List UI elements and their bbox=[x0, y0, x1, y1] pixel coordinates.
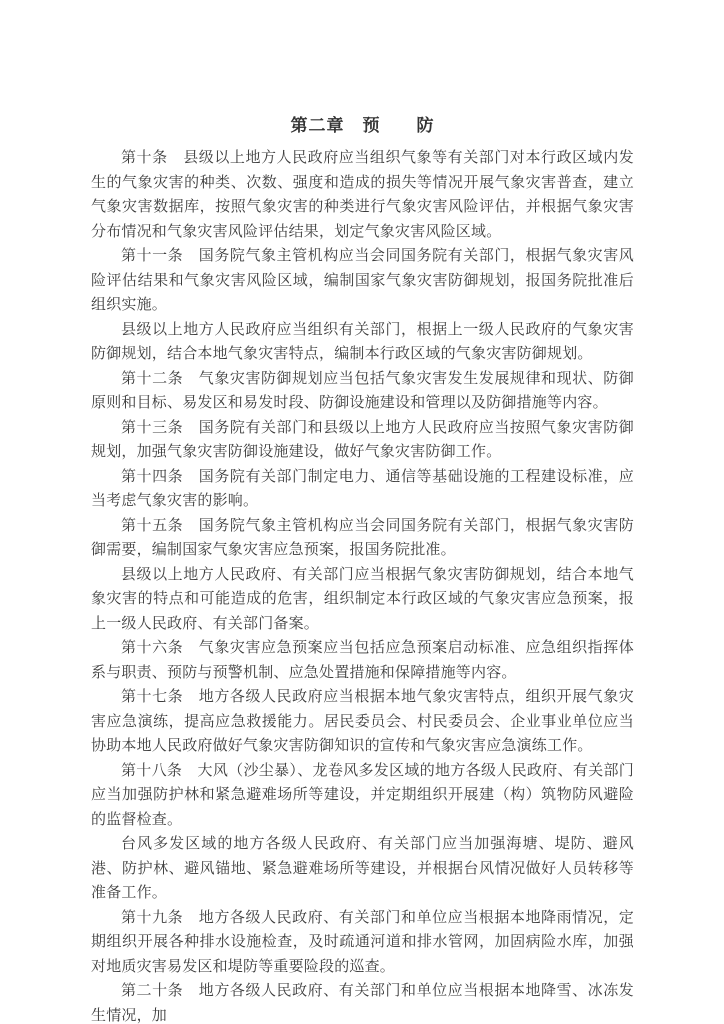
article-paragraph: 第十七条 地方各级人民政府应当根据本地气象灾害特点，组织开展气象灾害应急演练，提… bbox=[91, 685, 634, 759]
article-paragraph: 台风多发区域的地方各级人民政府、有关部门应当加强海塘、堤防、避风港、防护林、避风… bbox=[91, 832, 634, 906]
article-paragraph: 第十五条 国务院气象主管机构应当会同国务院有关部门，根据气象灾害防御需要，编制国… bbox=[91, 514, 634, 563]
article-paragraph: 第十八条 大风（沙尘暴）、龙卷风多发区域的地方各级人民政府、有关部门应当加强防护… bbox=[91, 759, 634, 833]
article-paragraph: 第十条 县级以上地方人民政府应当组织气象等有关部门对本行政区域内发生的气象灾害的… bbox=[91, 146, 634, 244]
article-paragraph: 第二十条 地方各级人民政府、有关部门和单位应当根据本地降雪、冰冻发生情况，加 bbox=[91, 979, 634, 1024]
document-page: 第二章 预 防 第十条 县级以上地方人民政府应当组织气象等有关部门对本行政区域内… bbox=[0, 0, 724, 1024]
document-content: 第二章 预 防 第十条 县级以上地方人民政府应当组织气象等有关部门对本行政区域内… bbox=[91, 111, 634, 1024]
article-paragraph: 第十四条 国务院有关部门制定电力、通信等基础设施的工程建设标准，应当考虑气象灾害… bbox=[91, 465, 634, 514]
article-paragraph: 第十九条 地方各级人民政府、有关部门和单位应当根据本地降雨情况，定期组织开展各种… bbox=[91, 906, 634, 980]
article-paragraph: 第十二条 气象灾害防御规划应当包括气象灾害发生发展规律和现状、防御原则和目标、易… bbox=[91, 367, 634, 416]
article-paragraph: 县级以上地方人民政府应当组织有关部门，根据上一级人民政府的气象灾害防御规划，结合… bbox=[91, 318, 634, 367]
article-paragraph: 县级以上地方人民政府、有关部门应当根据气象灾害防御规划，结合本地气象灾害的特点和… bbox=[91, 563, 634, 637]
article-paragraph: 第十一条 国务院气象主管机构应当会同国务院有关部门，根据气象灾害风险评估结果和气… bbox=[91, 244, 634, 318]
chapter-title: 第二章 预 防 bbox=[91, 111, 634, 136]
article-paragraph: 第十三条 国务院有关部门和县级以上地方人民政府应当按照气象灾害防御规划，加强气象… bbox=[91, 416, 634, 465]
article-paragraph: 第十六条 气象灾害应急预案应当包括应急预案启动标准、应急组织指挥体系与职责、预防… bbox=[91, 636, 634, 685]
